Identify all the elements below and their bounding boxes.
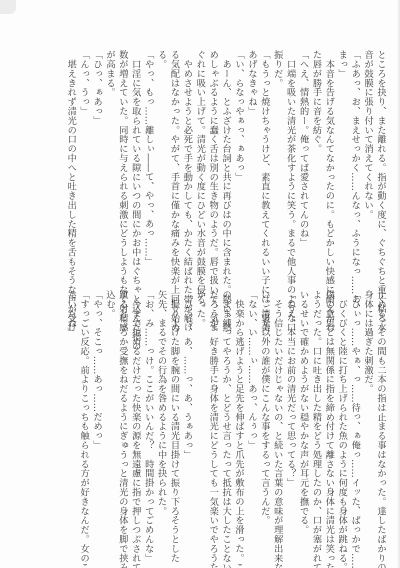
- text-column: る。: [154, 50, 167, 286]
- text-column: 快楽から逃げようと足先を伸ばすと爪先が敷布の上を滑った。こ: [231, 290, 244, 522]
- text-column: 「ない、い……ぃ……あっ、んぅっ」: [244, 290, 257, 522]
- text-column: たいだね」: [63, 290, 76, 522]
- text-column: 「やっ、そこっ……あっ……だめっ」: [89, 290, 102, 522]
- text-column: のまま縛ってやろうか、とどうせ言ったって抵抗は大したことない: [218, 290, 231, 522]
- upper-text-block: ところを抉り、また離れる。指が動く度に、ぐちぐちと重く粘る水 音が鼓膜に張り付い…: [56, 50, 386, 286]
- text-column: 本音を告げる気なんてなかったのに。もどかしい快感に耐えかね: [321, 50, 334, 286]
- scan-smudge: [0, 0, 16, 14]
- text-column: 込む。: [102, 290, 115, 522]
- text-column: ぐれに吸い上げて。清光が動く度にひどい水音が鼓膜を侵る。: [192, 50, 205, 286]
- text-column: 口端を吸いた清光が茶化すように笑う。まるで他人事のような口: [283, 50, 296, 286]
- text-column: が高まる。: [102, 50, 115, 286]
- text-column: 「すっごい反応。前よりこっちも触られる方が好きなんだ。女のこみ: [76, 290, 89, 522]
- lower-text-block: 止める。その間も二本の指は止まる事はなかった。達したばかりの 身体には過ぎた刺激…: [56, 290, 386, 522]
- text-column: い。清光以外の誰が僕にこんな事をするって言うんだ。: [257, 290, 270, 522]
- text-column: 「ふあっ、お、まえせっかく……んなっ、ふうになっ……あ、: [347, 50, 360, 286]
- text-column: だろうが。好き勝手に身体を清光にどうしても一気楽いでやろうた: [205, 290, 218, 522]
- text-column: 音が鼓膜に張り付いて消えてくれない。: [360, 50, 373, 286]
- text-column: 「んっ、うっ」: [76, 50, 89, 286]
- text-column: 蹴るところか受撫をねだるようにぎゅうっと清光の身体を脚で挟み: [115, 290, 128, 522]
- text-column: る気配はなかった。やがて、手首に僅かな痛みを快楽が上回り始め: [167, 50, 180, 286]
- text-column: やめさせようと必死で手を動かしても、かたく結ばれた帯が解け: [180, 50, 193, 286]
- text-column: 止める。その間も二本の指は止まる事はなかった。達したばかりの: [373, 290, 386, 522]
- text-column: ようだった。口に吐き出した精をどう処理したのか、口が塞がれて: [309, 290, 322, 522]
- text-column: 振りだ。: [270, 50, 283, 286]
- text-column: 「ねえ、本当にお前の清光だって思ってる？」: [283, 290, 296, 522]
- text-column: 今まで掠めるだけだった快楽の源を無遠慮に指で押しつぶされて。: [128, 290, 141, 522]
- text-column: 「お、み……っけ。ここがいいんだ？ 時間掛かってごめんな」: [141, 290, 154, 522]
- text-column: びくびくと陸に打ち上げられた魚のように何度も身体が跳ねる。: [334, 290, 347, 522]
- text-column: めしゃぶるように蠢く舌は別の生き物のようだ。唇で扱いて、気ま: [205, 50, 218, 286]
- text-column: 「ひぅっ、あ、……っ、あ、うぁあっ」: [180, 290, 193, 522]
- text-column: そう信じたいだけじゃないの、と続いた言葉の意味が理解出来な: [270, 290, 283, 522]
- text-column: 堪えきれず清光の口の中へと吐き出した精を舌もそうな声が受け: [63, 50, 76, 286]
- text-column: あげなきゃね」: [244, 50, 257, 286]
- text-column: 「へえ、情熱的ー。俺ってば愛されてんのね」: [296, 50, 309, 286]
- text-column: 「もうっと焼けちゃうけど、素直に教えてくれるいい子にはご褒美: [257, 50, 270, 286]
- text-column: 「ひっ、ぁあっ」: [89, 50, 102, 286]
- text-column: かった。: [192, 290, 205, 522]
- text-column: 矢先、まるでその行為を咎めるように中を抉られた。: [154, 290, 167, 522]
- text-column: た唇が勝手に音を紡ぐ。: [309, 50, 322, 286]
- text-column: 身体には過ぎた刺激だ。: [360, 290, 373, 522]
- text-column: 「い、らなっやぁっ、ぁあっ」: [231, 50, 244, 286]
- text-column: ところを抉り、また離れる。指が動く度に、ぐちぐちと重く粘る水: [373, 50, 386, 286]
- text-column: あーん、とふざけた台詞と共に再びはの中に含まれた。熱い、熱: [218, 50, 231, 286]
- text-column: 「やっ、もっ……離しぃ――て、やっ、あっ……」: [141, 50, 154, 286]
- text-column: まっ」: [334, 50, 347, 286]
- text-column: 振り上げた脚を腕の間にいる清光目掛けて振り下ろそうとした: [167, 290, 180, 522]
- text-column: 数が増えていた。同時に与えられる刺激にどうしようもなく射精感: [115, 50, 128, 286]
- text-column: いるせいで確かめようがない穏やかな声が耳元を撫でる。: [296, 290, 309, 522]
- text-column: 口淫に気を取られている隙にいつの間にかお中はぐちゃと込んだ指の: [128, 50, 141, 286]
- text-column: 僕の意思とは無関係に指を締め付けて離さない身体に清光は笑った: [321, 290, 334, 522]
- text-column: 「ひぃっ……やぁ、っ……待っ、ぁ俺っ……イッた、ばっかで……っ」: [347, 290, 360, 522]
